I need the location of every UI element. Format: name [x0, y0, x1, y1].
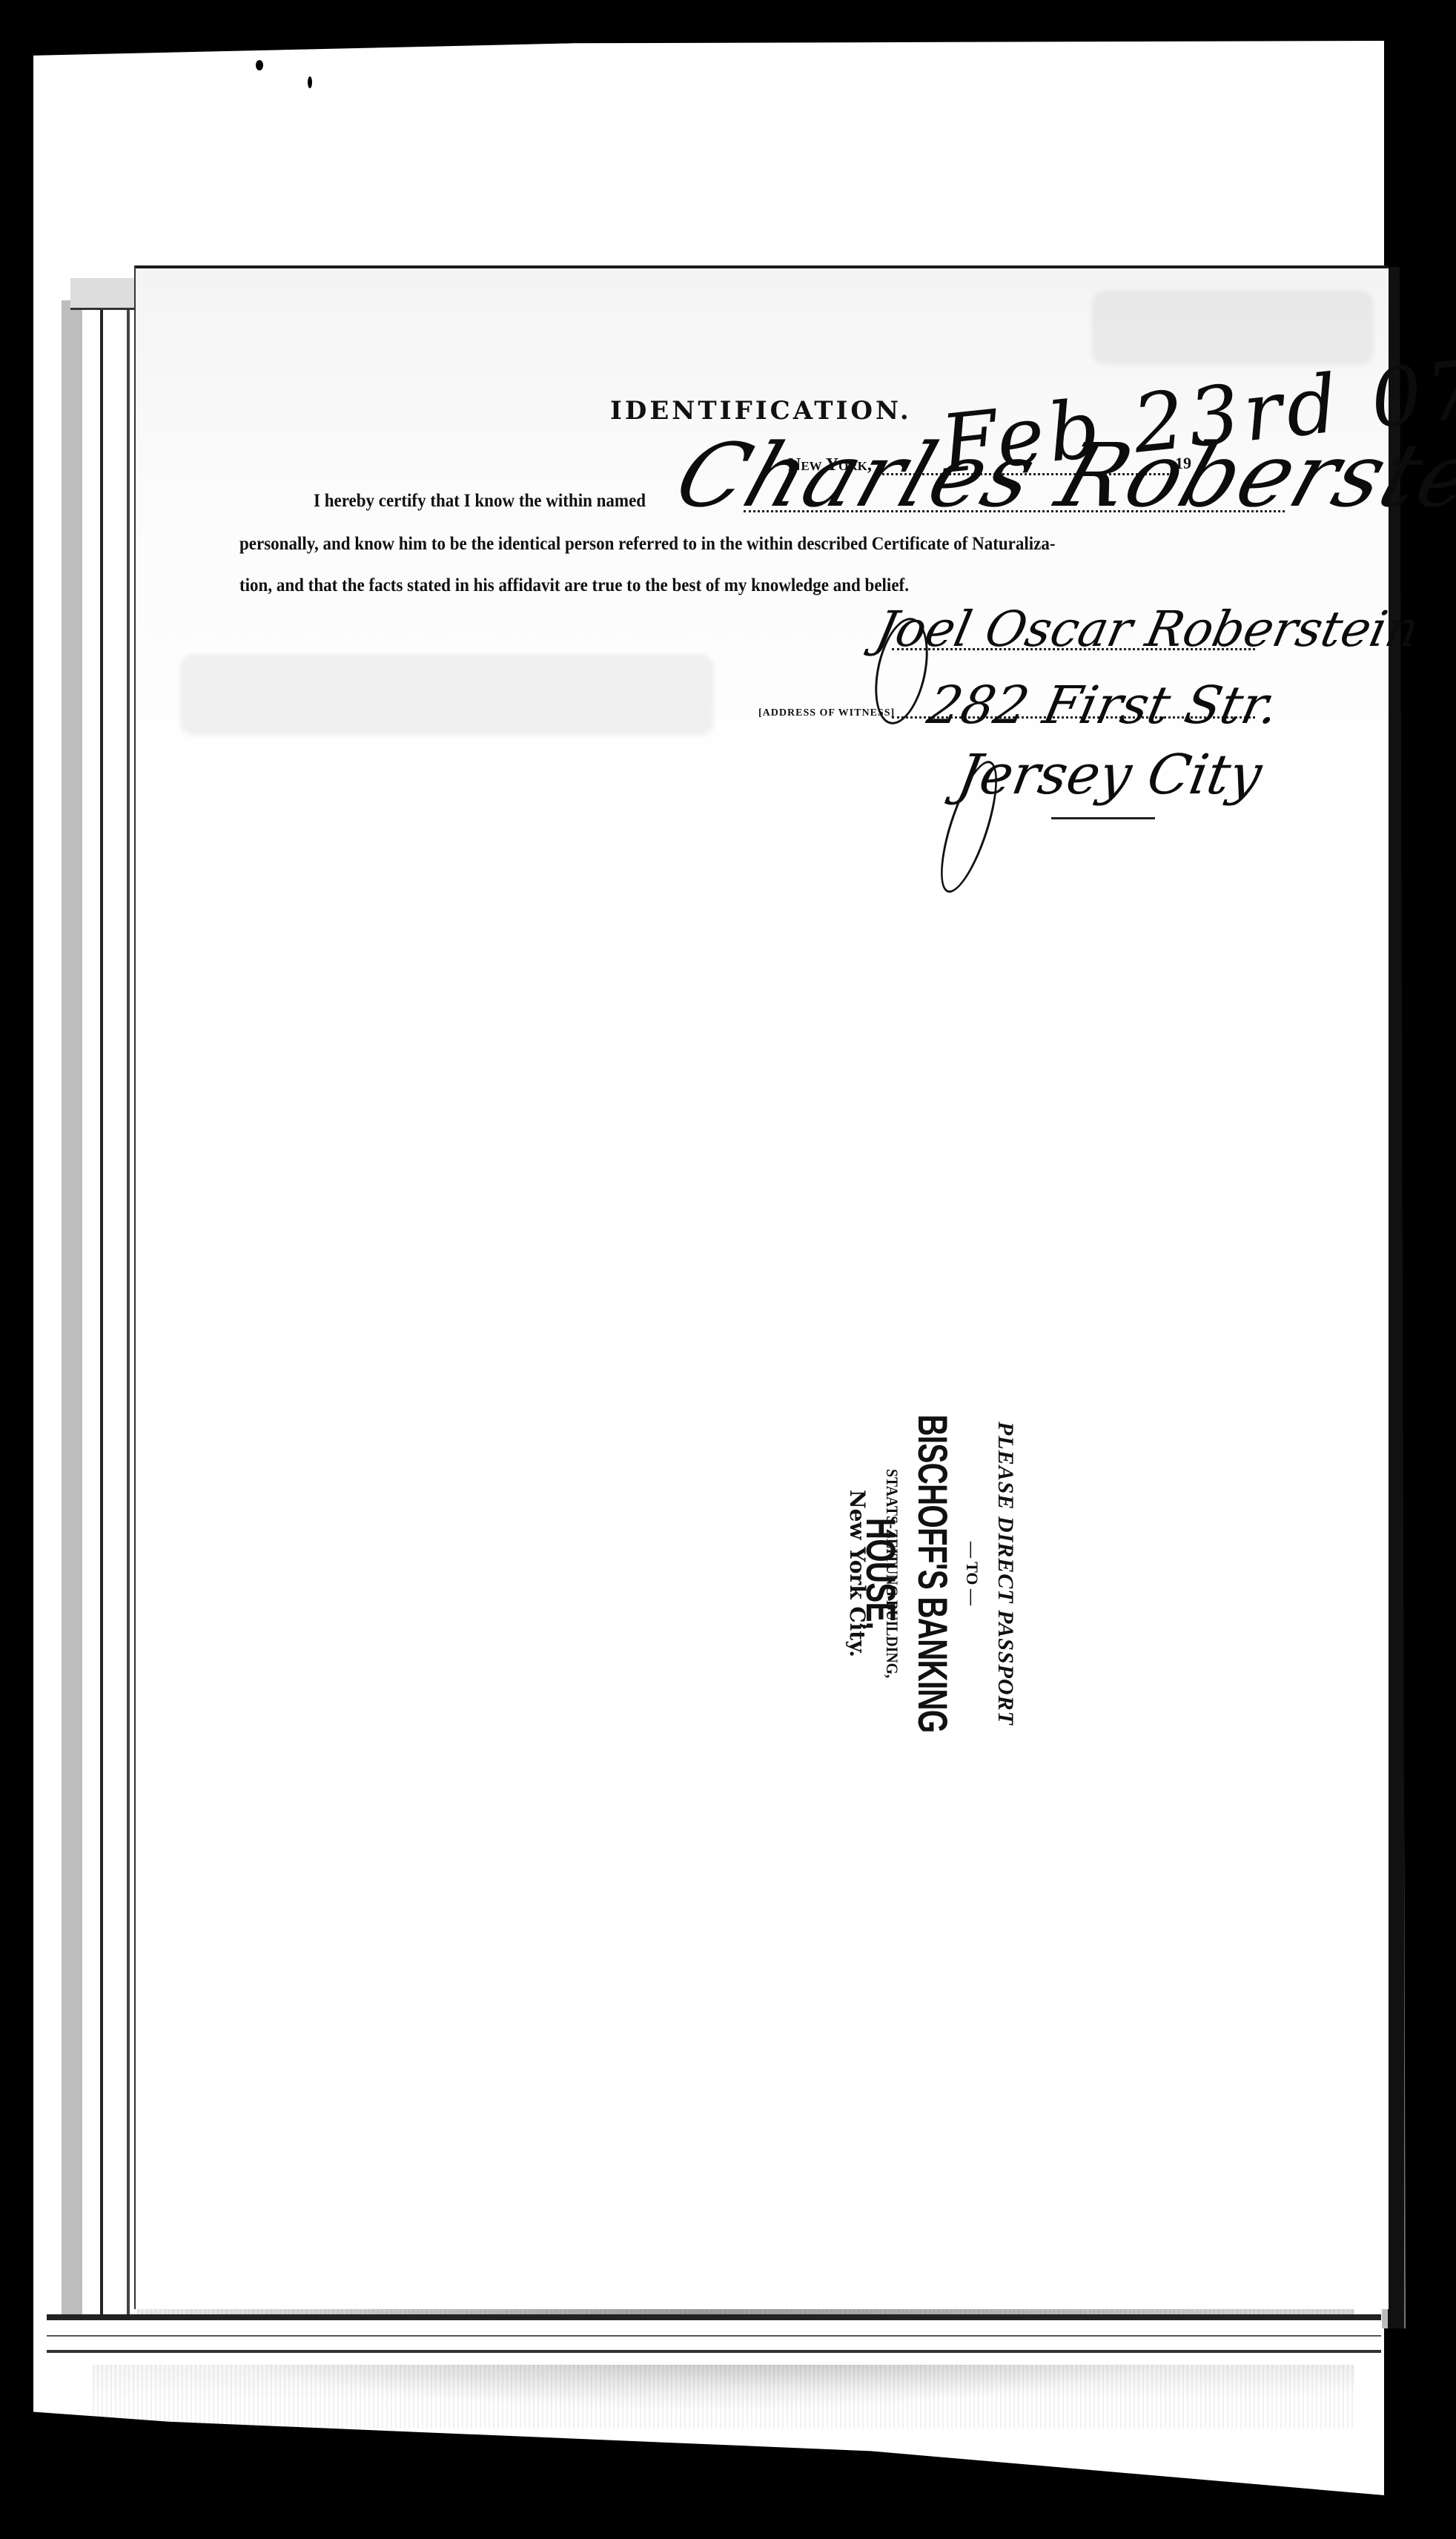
stamp-line-bank-name: BISCHOFF'S BANKING HOUSE, — [907, 1408, 959, 1739]
bleed-through-mark — [180, 654, 714, 736]
stamp-line-building: STAATS-ZEITUNG BUILDING, — [877, 1367, 907, 1780]
witness-signature-line — [892, 648, 1255, 650]
bleed-through-mark — [1092, 291, 1374, 365]
ink-speck — [308, 76, 312, 88]
witness-address-line-1: 282 First Str. — [922, 675, 1284, 736]
witness-address-line-2: Jersey City — [953, 743, 1266, 807]
folded-tab — [70, 278, 137, 310]
certify-line-3: tion, and that the facts stated in his a… — [239, 575, 909, 596]
ink-speck — [256, 60, 263, 70]
certify-line-1: I hereby certify that I know the within … — [314, 491, 646, 512]
address-underline — [1051, 817, 1155, 819]
named-person-handwritten: Charles Roberstein — [664, 424, 1456, 526]
stamp-line-please-direct: PLEASE DIRECT PASSPORT — [985, 1344, 1025, 1803]
stamp-line-to: — TO — — [959, 1344, 985, 1803]
address-of-witness-label: [ADDRESS OF WITNESS] — [758, 707, 895, 719]
sheet-bottom-edge — [47, 2314, 1381, 2365]
identification-form-sheet: IDENTIFICATION. New York, 19 Feb 23rd 07… — [136, 265, 1389, 2309]
sheet-edge-stack — [56, 300, 137, 2343]
certify-line-2: personally, and know him to be the ident… — [239, 534, 1056, 555]
form-heading: IDENTIFICATION. — [610, 396, 912, 426]
